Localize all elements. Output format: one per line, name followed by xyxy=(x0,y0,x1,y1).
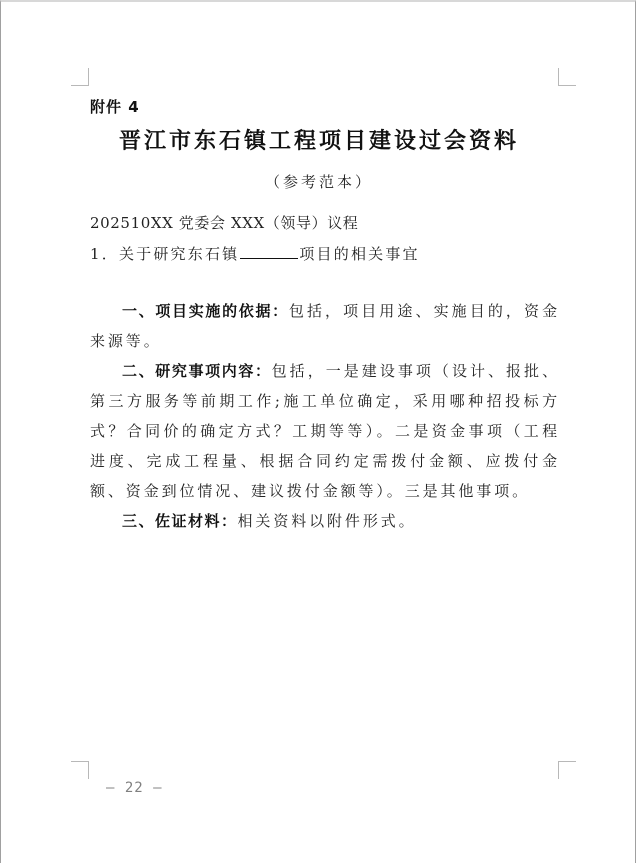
agenda-item-1: 1．关于研究东石镇项目的相关事宜 xyxy=(90,243,420,264)
section-heading: 三、佐证材料： xyxy=(122,512,238,530)
crop-mark-top-left xyxy=(71,68,89,86)
section-content: 二、研究事项内容：包括，一是建设事项（设计、报批、第三方服务等前期工作;施工单位… xyxy=(90,356,560,506)
section-evidence: 三、佐证材料：相关资料以附件形式。 xyxy=(90,506,560,536)
document-page: 附件 4 晋江市东石镇工程项目建设过会资料 （参考范本） 202510XX 党委… xyxy=(0,0,636,863)
document-title: 晋江市东石镇工程项目建设过会资料 xyxy=(1,124,636,155)
crop-mark-bottom-left xyxy=(71,761,89,779)
item-1-prefix: 1．关于研究东石镇 xyxy=(90,245,239,263)
section-body: 相关资料以附件形式。 xyxy=(238,512,417,530)
page-number: — 22 — xyxy=(106,780,163,796)
item-1-suffix: 项目的相关事宜 xyxy=(299,245,419,263)
fill-in-blank xyxy=(240,244,298,259)
section-body: 包括，一是建设事项（设计、报批、第三方服务等前期工作;施工单位确定，采用哪种招投… xyxy=(90,362,560,500)
crop-mark-top-right xyxy=(558,68,576,86)
agenda-line: 202510XX 党委会 XXX（领导）议程 xyxy=(90,212,358,233)
attachment-label: 附件 4 xyxy=(90,96,140,117)
section-heading: 一、项目实施的依据： xyxy=(122,302,289,320)
document-subtitle: （参考范本） xyxy=(1,171,636,192)
section-basis: 一、项目实施的依据：包括，项目用途、实施目的，资金来源等。 xyxy=(90,296,560,356)
crop-mark-bottom-right xyxy=(558,761,576,779)
section-heading: 二、研究事项内容： xyxy=(122,362,272,380)
